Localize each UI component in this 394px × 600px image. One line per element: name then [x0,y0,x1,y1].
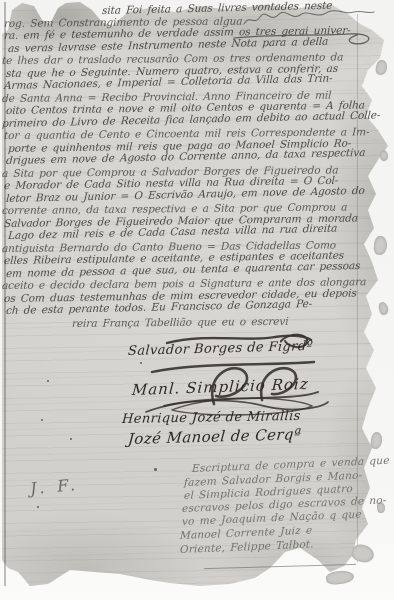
paper-crumb [370,431,384,450]
paper-crumb [379,149,388,161]
ink-speck [47,380,49,382]
ink-speck [154,468,157,471]
manuscript-line: reira França Tabellião que eu o escrevi [72,317,289,330]
paper-crumb [350,542,376,564]
ink-speck [41,419,43,421]
notary-rubric-flourish-icon [232,8,384,46]
paper-crumb [375,59,389,76]
paper-crumb [325,570,354,586]
signature-name: Henrique Jozé de Mirallis [121,409,301,427]
paper-crumb [378,301,390,316]
manuscript-scan: sita Foi feita a Suas livres vontades ne… [0,0,394,600]
ink-speck [70,438,72,440]
ink-speck [37,506,39,508]
paper-crumb [373,235,388,255]
